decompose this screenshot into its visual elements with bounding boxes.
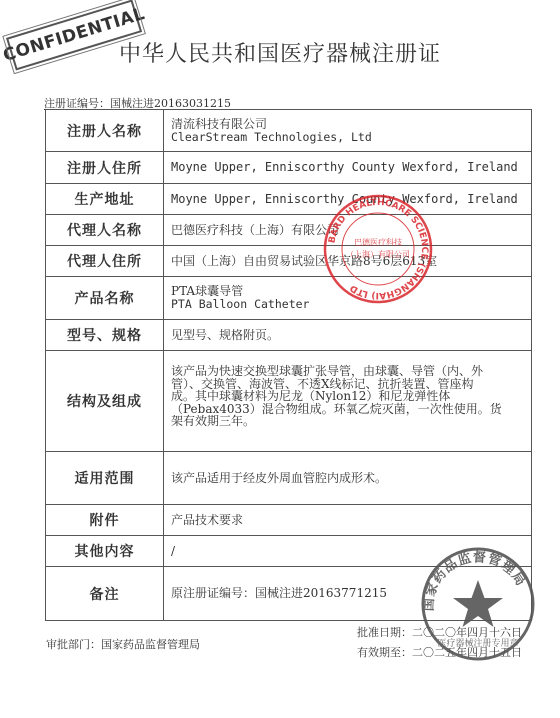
value-line: 清流科技有限公司	[171, 118, 525, 131]
row-label: 其他内容	[46, 536, 164, 567]
table-row: 代理人住所 中国（上海）自由贸易试验区华京路8号6层613室	[46, 246, 532, 277]
value-line: 该产品为快速交换型球囊扩张导管，由球囊、导管（内、外	[171, 365, 525, 378]
row-value: Moyne Upper, Enniscorthy County Wexford,…	[164, 184, 532, 215]
valid-until: 有效期至：二〇二五年四月十五日	[357, 643, 522, 663]
approval-dates: 批准日期：二〇二〇年四月十六日 有效期至：二〇二五年四月十五日	[357, 623, 522, 663]
row-label: 附件	[46, 505, 164, 536]
table-row: 生产地址 Moyne Upper, Enniscorthy County Wex…	[46, 184, 532, 215]
row-value: /	[164, 536, 532, 567]
row-label: 注册人名称	[46, 110, 164, 152]
row-value: Moyne Upper, Enniscorthy County Wexford,…	[164, 152, 532, 184]
table-row: 产品名称 PTA球囊导管 PTA Balloon Catheter	[46, 277, 532, 320]
row-label: 备注	[46, 567, 164, 621]
row-label: 代理人名称	[46, 215, 164, 246]
row-value: 清流科技有限公司 ClearStream Technologies, Ltd	[164, 110, 532, 152]
row-label: 注册人住所	[46, 152, 164, 184]
row-value: 中国（上海）自由贸易试验区华京路8号6层613室	[164, 246, 532, 277]
table-row: 附件 产品技术要求	[46, 505, 532, 536]
approval-date: 批准日期：二〇二〇年四月十六日	[357, 623, 522, 643]
row-value: 产品技术要求	[164, 505, 532, 536]
table-row: 注册人名称 清流科技有限公司 ClearStream Technologies,…	[46, 110, 532, 152]
page-title: 中华人民共和国医疗器械注册证	[0, 37, 560, 68]
certificate-table: 注册人名称 清流科技有限公司 ClearStream Technologies,…	[45, 109, 532, 621]
value-line: ClearStream Technologies, Ltd	[171, 131, 525, 144]
value-line: PTA Balloon Catheter	[171, 298, 525, 311]
row-value: 该产品适用于经皮外周血管腔内成形术。	[164, 452, 532, 505]
row-value: 见型号、规格附页。	[164, 320, 532, 351]
row-label: 代理人住所	[46, 246, 164, 277]
table-row: 结构及组成 该产品为快速交换型球囊扩张导管，由球囊、导管（内、外 管）、交换管、…	[46, 351, 532, 452]
row-value: 巴德医疗科技（上海）有限公司	[164, 215, 532, 246]
row-value: 原注册证编号：国械注进20163771215	[164, 567, 532, 621]
table-row: 注册人住所 Moyne Upper, Enniscorthy County We…	[46, 152, 532, 184]
table-row: 其他内容 /	[46, 536, 532, 567]
row-value: PTA球囊导管 PTA Balloon Catheter	[164, 277, 532, 320]
row-value: 该产品为快速交换型球囊扩张导管，由球囊、导管（内、外 管）、交换管、海波管、不透…	[164, 351, 532, 452]
value-line: 架有效期三年。	[171, 415, 525, 428]
table-row: 适用范围 该产品适用于经皮外周血管腔内成形术。	[46, 452, 532, 505]
row-label: 型号、规格	[46, 320, 164, 351]
approval-department: 审批部门：国家药品监督管理局	[46, 636, 200, 652]
table-row: 备注 原注册证编号：国械注进20163771215	[46, 567, 532, 621]
row-label: 产品名称	[46, 277, 164, 320]
table-row: 型号、规格 见型号、规格附页。	[46, 320, 532, 351]
value-line: 成。其中球囊材料为尼龙（Nylon12）和尼龙弹性体	[171, 390, 525, 403]
row-label: 适用范围	[46, 452, 164, 505]
row-label: 结构及组成	[46, 351, 164, 452]
row-label: 生产地址	[46, 184, 164, 215]
table-row: 代理人名称 巴德医疗科技（上海）有限公司	[46, 215, 532, 246]
